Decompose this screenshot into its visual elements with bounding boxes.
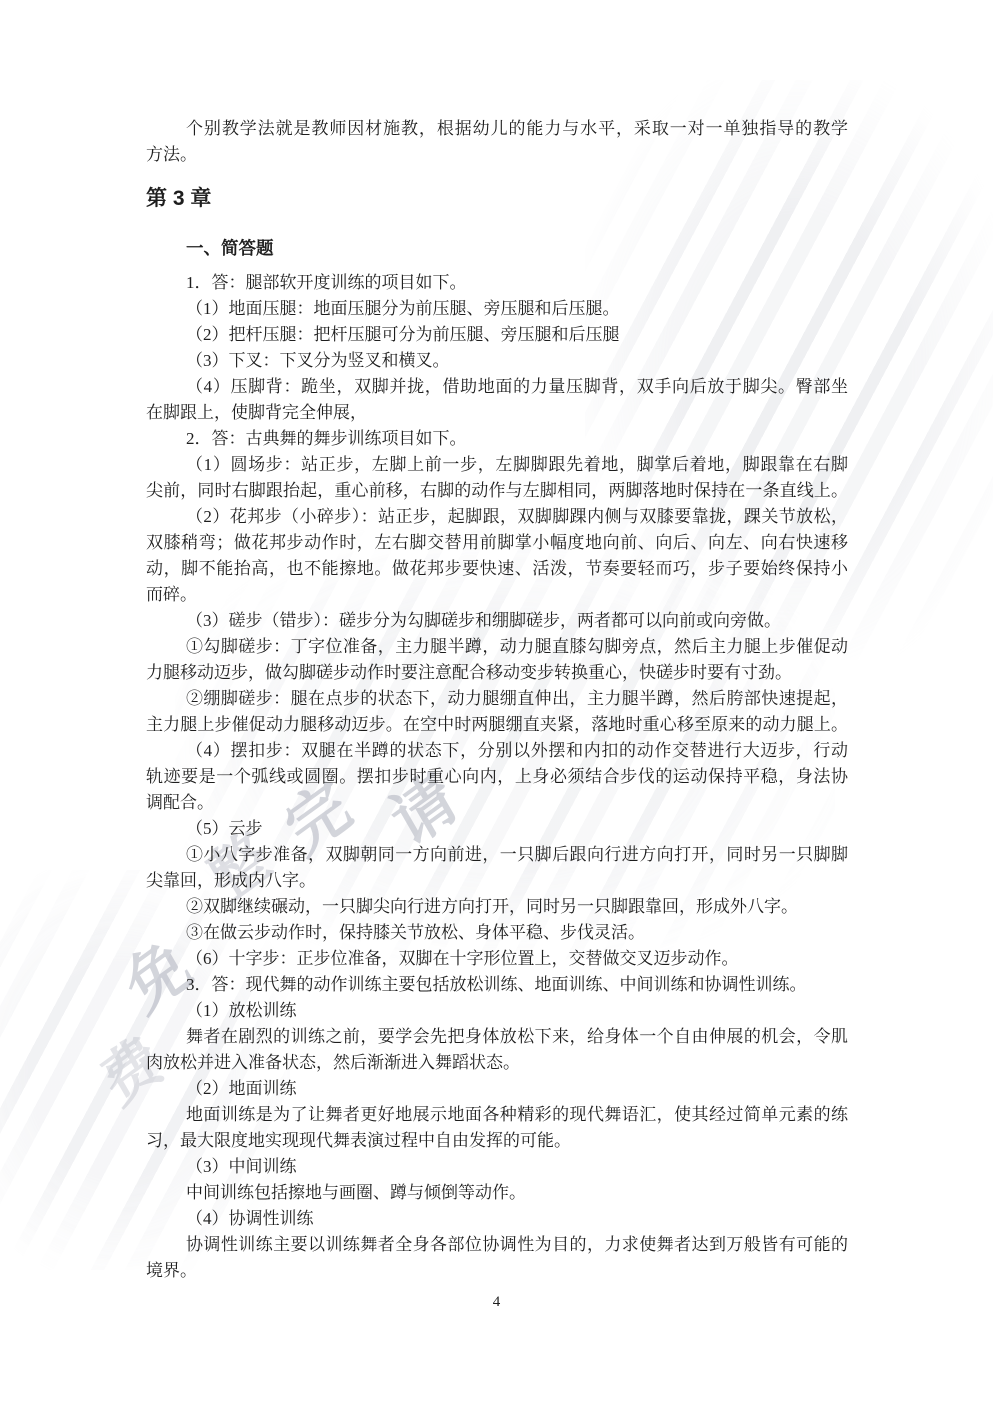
text-line: （1）圆场步：站正步，左脚上前一步，左脚脚跟先着地，脚掌后着地，脚跟靠在右脚 — [146, 452, 848, 478]
document-page: 请完整免费 个别教学法就是教师因材施教，根据幼儿的能力与水平，采取一对一单独指导… — [0, 0, 993, 1404]
text-line: 境界。 — [146, 1258, 848, 1284]
text-line: 协调性训练主要以训练舞者全身各部位协调性为目的，力求使舞者达到万般皆有可能的 — [146, 1232, 848, 1258]
text-line: 3．答：现代舞的动作训练主要包括放松训练、地面训练、中间训练和协调性训练。 — [146, 972, 848, 998]
text-line: （5）云步 — [146, 816, 848, 842]
text-line: 个别教学法就是教师因材施教，根据幼儿的能力与水平，采取一对一单独指导的教学 — [146, 116, 848, 142]
text-line: （4）协调性训练 — [146, 1206, 848, 1232]
text-line: 调配合。 — [146, 790, 848, 816]
text-line: 方法。 — [146, 142, 848, 168]
text-line: （1）地面压腿：地面压腿分为前压腿、旁压腿和后压腿。 — [146, 296, 848, 322]
text-line: 中间训练包括擦地与画圈、蹲与倾倒等动作。 — [146, 1180, 848, 1206]
document-body: 个别教学法就是教师因材施教，根据幼儿的能力与水平，采取一对一单独指导的教学方法。… — [146, 116, 848, 1284]
text-line: ②绷脚磋步：腿在点步的状态下，动力腿绷直伸出，主力腿半蹲，然后胯部快速提起， — [146, 686, 848, 712]
text-line: 2．答：古典舞的舞步训练项目如下。 — [146, 426, 848, 452]
text-line: 肉放松并进入准备状态，然后渐渐进入舞蹈状态。 — [146, 1050, 848, 1076]
text-line: 双膝稍弯；做花邦步动作时，左右脚交替用前脚掌小幅度地向前、向后、向左、向右快速移 — [146, 530, 848, 556]
text-line: 轨迹要是一个弧线或圆圈。摆扣步时重心向内，上身必须结合步伐的运动保持平稳，身法协 — [146, 764, 848, 790]
text-line: 在脚跟上，使脚背完全伸展， — [146, 400, 848, 426]
text-line: （1）放松训练 — [146, 998, 848, 1024]
text-line: 力腿移动迈步，做勾脚磋步动作时要注意配合移动变步转换重心，快磋步时要有寸劲。 — [146, 660, 848, 686]
text-line: 习，最大限度地实现现代舞表演过程中自由发挥的可能。 — [146, 1128, 848, 1154]
text-line: （3）磋步（错步）：磋步分为勾脚磋步和绷脚磋步，两者都可以向前或向旁做。 — [146, 608, 848, 634]
text-line: 1．答：腿部软开度训练的项目如下。 — [146, 270, 848, 296]
text-line: （6）十字步：正步位准备，双脚在十字形位置上，交替做交叉迈步动作。 — [146, 946, 848, 972]
text-line: （2）地面训练 — [146, 1076, 848, 1102]
text-line: 而碎。 — [146, 582, 848, 608]
text-line: 主力腿上步催促动力腿移动迈步。在空中时两腿绷直夹紧，落地时重心移至原来的动力腿上… — [146, 712, 848, 738]
text-line: ①勾脚磋步：丁字位准备，主力腿半蹲，动力腿直膝勾脚旁点，然后主力腿上步催促动 — [146, 634, 848, 660]
text-line: （2）把杆压腿：把杆压腿可分为前压腿、旁压腿和后压腿 — [146, 322, 848, 348]
chapter-heading: 第 3 章 — [146, 184, 848, 214]
text-line: （3）下叉：下叉分为竖叉和横叉。 — [146, 348, 848, 374]
text-line: ①小八字步准备，双脚朝同一方向前进，一只脚后跟向行进方向打开，同时另一只脚脚 — [146, 842, 848, 868]
text-line: 地面训练是为了让舞者更好地展示地面各种精彩的现代舞语汇，使其经过简单元素的练 — [146, 1102, 848, 1128]
text-line: 尖前，同时右脚跟抬起，重心前移，右脚的动作与左脚相同，两脚落地时保持在一条直线上… — [146, 478, 848, 504]
text-line: 尖靠回，形成内八字。 — [146, 868, 848, 894]
page-number: 4 — [0, 1294, 993, 1311]
text-line: ③在做云步动作时，保持膝关节放松、身体平稳、步伐灵活。 — [146, 920, 848, 946]
text-line: （2）花邦步（小碎步）：站正步，起脚跟，双脚脚踝内侧与双膝要靠拢，踝关节放松， — [146, 504, 848, 530]
text-line: ②双脚继续碾动，一只脚尖向行进方向打开，同时另一只脚跟靠回，形成外八字。 — [146, 894, 848, 920]
text-line: （3）中间训练 — [146, 1154, 848, 1180]
text-line: （4）摆扣步：双腿在半蹲的状态下，分别以外摆和内扣的动作交替进行大迈步，行动 — [146, 738, 848, 764]
section-heading: 一、简答题 — [146, 234, 848, 262]
text-line: （4）压脚背：跪坐，双脚并拢，借助地面的力量压脚背，双手向后放于脚尖。臀部坐 — [146, 374, 848, 400]
text-line: 动，脚不能抬高，也不能擦地。做花邦步要快速、活泼，节奏要轻而巧，步子要始终保持小 — [146, 556, 848, 582]
text-line: 舞者在剧烈的训练之前，要学会先把身体放松下来，给身体一个自由伸展的机会，令肌 — [146, 1024, 848, 1050]
